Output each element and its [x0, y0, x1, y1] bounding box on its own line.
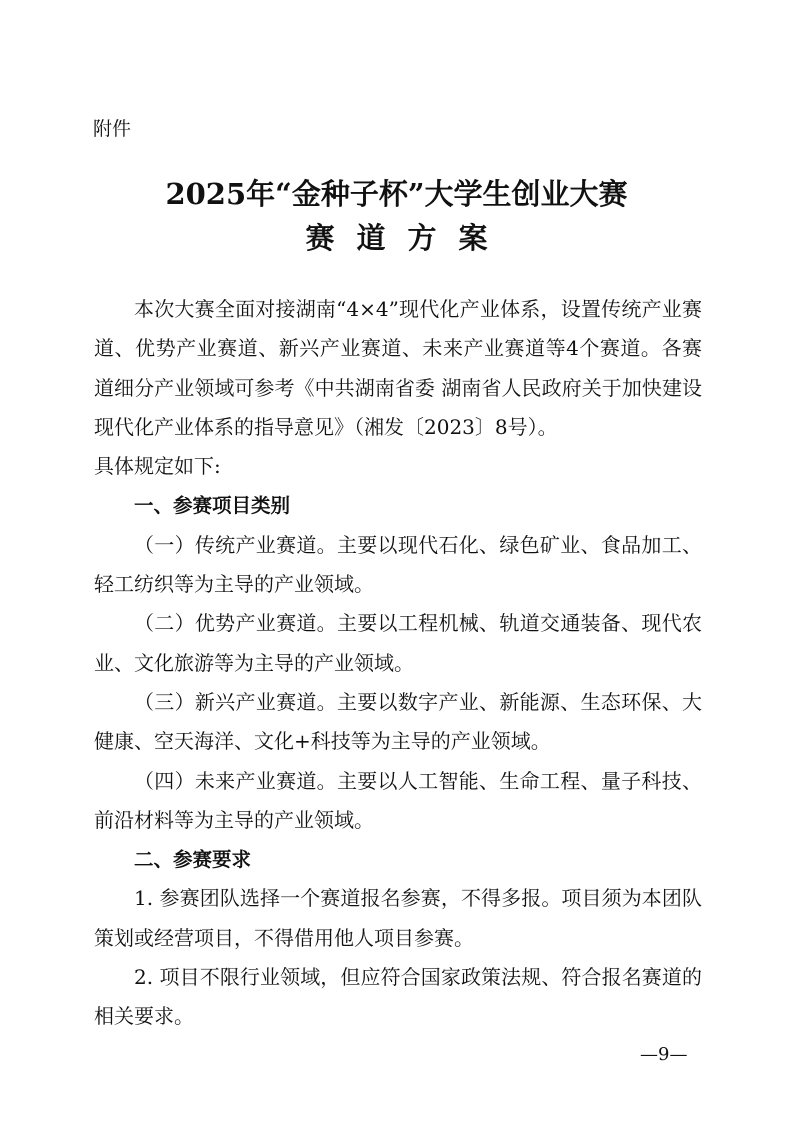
intro-tail: 具体规定如下: [94, 447, 702, 486]
page-number: —9— [640, 1044, 687, 1065]
category-advantage: （二）优势产业赛道。主要以工程机械、轨道交通装备、现代农业、文化旅游等为主导的产… [94, 604, 702, 683]
document-subtitle: 赛道方案 [0, 216, 793, 257]
requirement-1: 1. 参赛团队选择一个赛道报名参赛，不得多报。项目须为本团队策划或经营项目，不得… [94, 879, 702, 958]
intro-paragraph: 本次大赛全面对接湖南“4×4”现代化产业体系，设置传统产业赛道、优势产业赛道、新… [94, 290, 702, 447]
section-heading-requirements: 二、参赛要求 [94, 840, 702, 879]
document-title: 2025年“金种子杯”大学生创业大赛 [0, 172, 793, 213]
document-body: 本次大赛全面对接湖南“4×4”现代化产业体系，设置传统产业赛道、优势产业赛道、新… [94, 290, 702, 1037]
requirement-2: 2. 项目不限行业领域，但应符合国家政策法规、符合报名赛道的相关要求。 [94, 958, 702, 1037]
category-traditional: （一）传统产业赛道。主要以现代石化、绿色矿业、食品加工、轻工纺织等为主导的产业领… [94, 526, 702, 605]
attachment-label: 附件 [93, 114, 131, 141]
category-emerging: （三）新兴产业赛道。主要以数字产业、新能源、生态环保、大健康、空天海洋、文化+科… [94, 683, 702, 762]
section-heading-categories: 一、参赛项目类别 [94, 486, 702, 525]
document-page: 附件 2025年“金种子杯”大学生创业大赛 赛道方案 本次大赛全面对接湖南“4×… [0, 0, 793, 1122]
category-future: （四）未来产业赛道。主要以人工智能、生命工程、量子科技、前沿材料等为主导的产业领… [94, 762, 702, 841]
